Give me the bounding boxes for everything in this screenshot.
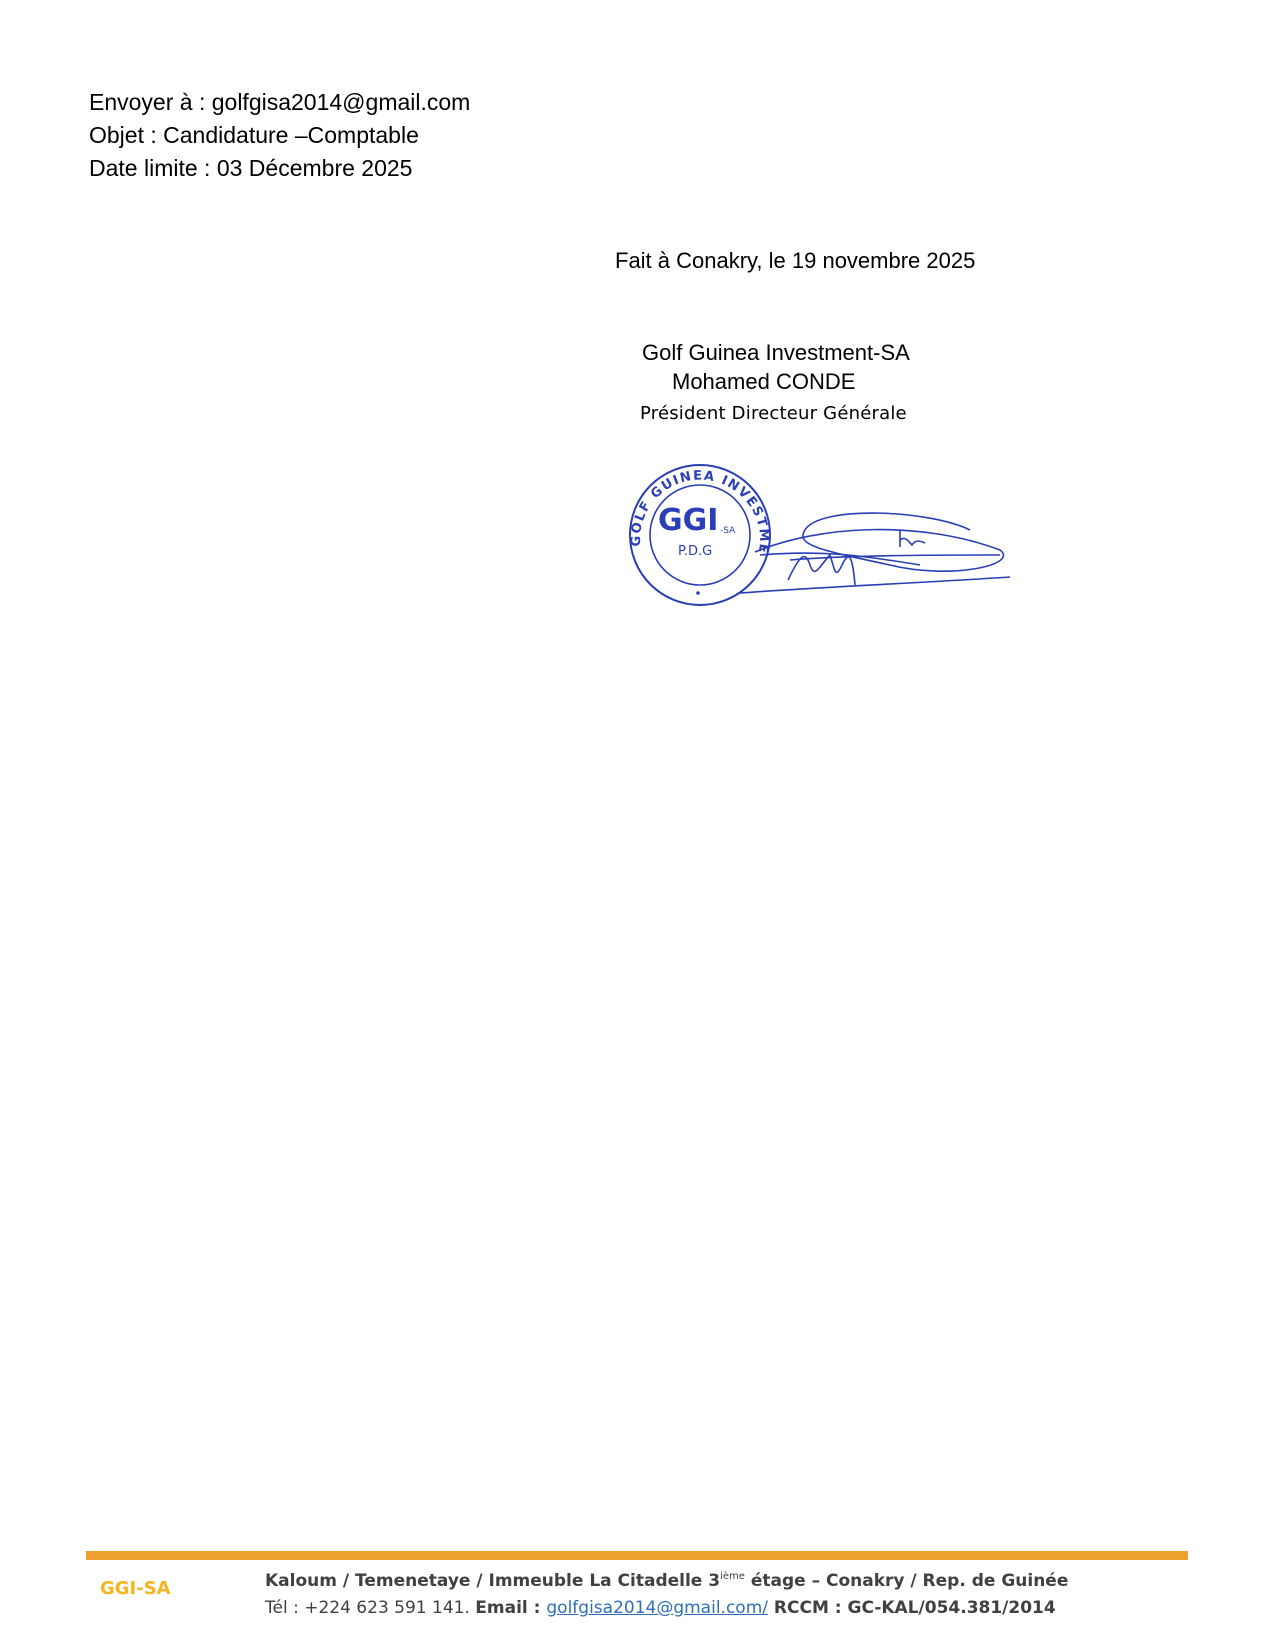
signer-title: Président Directeur Générale [640,403,907,424]
footer-address: Kaloum / Temenetaye / Immeuble La Citade… [265,1571,1068,1591]
svg-text:-SA: -SA [720,526,736,536]
footer-phone: Tél : +224 623 591 141. [265,1598,475,1618]
subject-label: Objet : [89,122,163,148]
footer-contact: Tél : +224 623 591 141. Email : golfgisa… [265,1598,1056,1618]
footer-rccm-label: RCCM : [768,1598,848,1618]
deadline-line: Date limite : 03 Décembre 2025 [89,152,412,185]
stamp-and-signature: GOLF GUINEA INVESTMENT-SA GGI -SA P.D.G [620,455,1020,615]
recipient-email: golfgisa2014@gmail.com [212,89,471,115]
company-stamp-icon: GOLF GUINEA INVESTMENT-SA GGI -SA P.D.G [620,455,771,605]
recipient-label: Envoyer à : [89,89,212,115]
footer-divider [86,1551,1188,1560]
signer-name: Mohamed CONDE [672,369,855,395]
footer-brand: GGI-SA [100,1578,171,1599]
svg-text:GGI: GGI [658,503,718,538]
footer-rccm-value: GC-KAL/054.381/2014 [848,1598,1056,1618]
subject-value: Candidature –Comptable [163,122,419,148]
recipient-line: Envoyer à : golfgisa2014@gmail.com [89,86,470,119]
handwritten-signature [740,513,1010,593]
company-name: Golf Guinea Investment-SA [642,340,910,366]
svg-text:P.D.G: P.D.G [678,544,712,559]
footer-email-label: Email : [475,1598,546,1618]
address-superscript: ième [720,1571,745,1582]
deadline-value: 03 Décembre 2025 [217,155,413,181]
address-text-2: étage – Conakry / Rep. de Guinée [745,1571,1068,1591]
deadline-label: Date limite : [89,155,217,181]
place-date: Fait à Conakry, le 19 novembre 2025 [615,248,975,274]
footer-email-link[interactable]: golfgisa2014@gmail.com/ [546,1598,768,1618]
address-text: Kaloum / Temenetaye / Immeuble La Citade… [265,1571,720,1591]
subject-line: Objet : Candidature –Comptable [89,119,419,152]
